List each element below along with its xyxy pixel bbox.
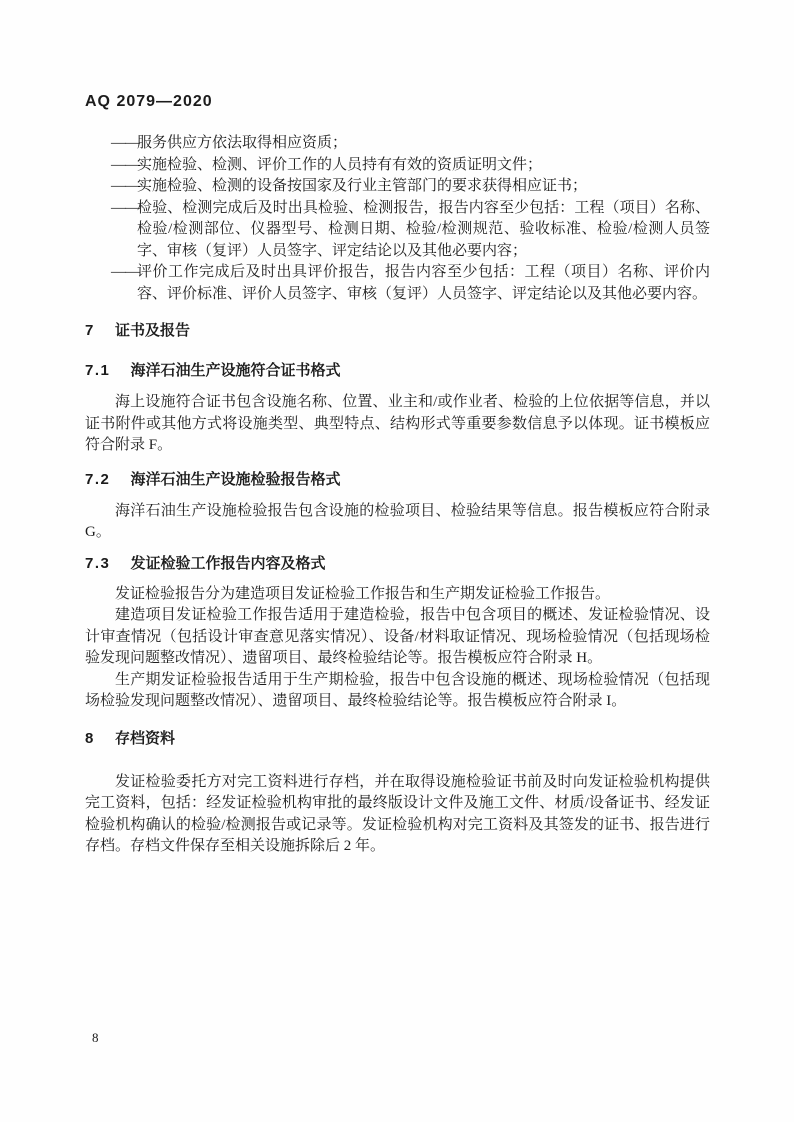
list-item-text: 服务供应方依法取得相应资质； [137,135,347,151]
section-title: 海洋石油生产设施检验报告格式 [131,471,341,488]
section-title: 存档资料 [115,730,175,747]
dash-prefix: —— [111,133,139,155]
list-item: —— 实施检验、检测的设备按国家及行业主管部门的要求获得相应证书； [85,176,710,198]
dash-prefix: —— [111,176,139,198]
section-7-3-paragraph: 生产期发证检验报告适用于生产期检验，报告中包含设施的概述、现场检验情况（包括现场… [85,670,710,713]
requirement-list: —— 服务供应方依法取得相应资质； —— 实施检验、检测、评价工作的人员持有有效… [85,133,710,305]
list-item-text: 实施检验、检测的设备按国家及行业主管部门的要求获得相应证书； [137,178,587,194]
list-item-text: 评价工作完成后及时出具评价报告，报告内容至少包括：工程（项目）名称、评价内容、评… [137,264,710,302]
section-7-3-paragraph: 建造项目发证检验工作报告适用于建造检验，报告中包含项目的概述、发证检验情况、设计… [85,605,710,670]
section-title: 证书及报告 [115,322,190,339]
section-7-1-paragraph: 海上设施符合证书包含设施名称、位置、业主和/或作业者、检验的上位依据等信息，并以… [85,392,710,457]
dash-prefix: —— [111,198,139,220]
section-7-3-heading: 7.3 发证检验工作报告内容及格式 [85,555,710,573]
document-code-header: AQ 2079—2020 [85,93,710,111]
section-number: 7 [85,322,95,339]
section-7-3-paragraphs: 发证检验报告分为建造项目发证检验工作报告和生产期发证检验工作报告。 建造项目发证… [85,584,710,713]
section-8-paragraph: 发证检验委托方对完工资料进行存档，并在取得设施检验证书前及时向发证检验机构提供完… [85,772,710,858]
section-8-heading: 8 存档资料 [85,730,710,748]
list-item-text: 实施检验、检测、评价工作的人员持有有效的资质证明文件； [137,157,542,173]
section-number: 7.3 [85,555,110,572]
section-title: 发证检验工作报告内容及格式 [131,555,326,572]
dash-prefix: —— [111,155,139,177]
page-number: 8 [92,1030,99,1046]
section-number: 7.2 [85,471,110,488]
section-7-heading: 7 证书及报告 [85,322,710,340]
section-number: 8 [85,730,95,747]
section-7-3-paragraph: 发证检验报告分为建造项目发证检验工作报告和生产期发证检验工作报告。 [85,584,710,606]
section-7-1-heading: 7.1 海洋石油生产设施符合证书格式 [85,362,710,380]
section-number: 7.1 [85,362,110,379]
section-7-2-paragraph: 海洋石油生产设施检验报告包含设施的检验项目、检验结果等信息。报告模板应符合附录 … [85,501,710,544]
list-item: —— 评价工作完成后及时出具评价报告，报告内容至少包括：工程（项目）名称、评价内… [85,262,710,305]
section-title: 海洋石油生产设施符合证书格式 [131,362,341,379]
list-item: —— 实施检验、检测、评价工作的人员持有有效的资质证明文件； [85,155,710,177]
list-item: —— 检验、检测完成后及时出具检验、检测报告，报告内容至少包括：工程（项目）名称… [85,198,710,263]
list-item: —— 服务供应方依法取得相应资质； [85,133,710,155]
section-7-2-heading: 7.2 海洋石油生产设施检验报告格式 [85,471,710,489]
document-page: AQ 2079—2020 —— 服务供应方依法取得相应资质； —— 实施检验、检… [0,0,794,1122]
dash-prefix: —— [111,262,139,284]
list-item-text: 检验、检测完成后及时出具检验、检测报告，报告内容至少包括：工程（项目）名称、检验… [137,200,710,259]
